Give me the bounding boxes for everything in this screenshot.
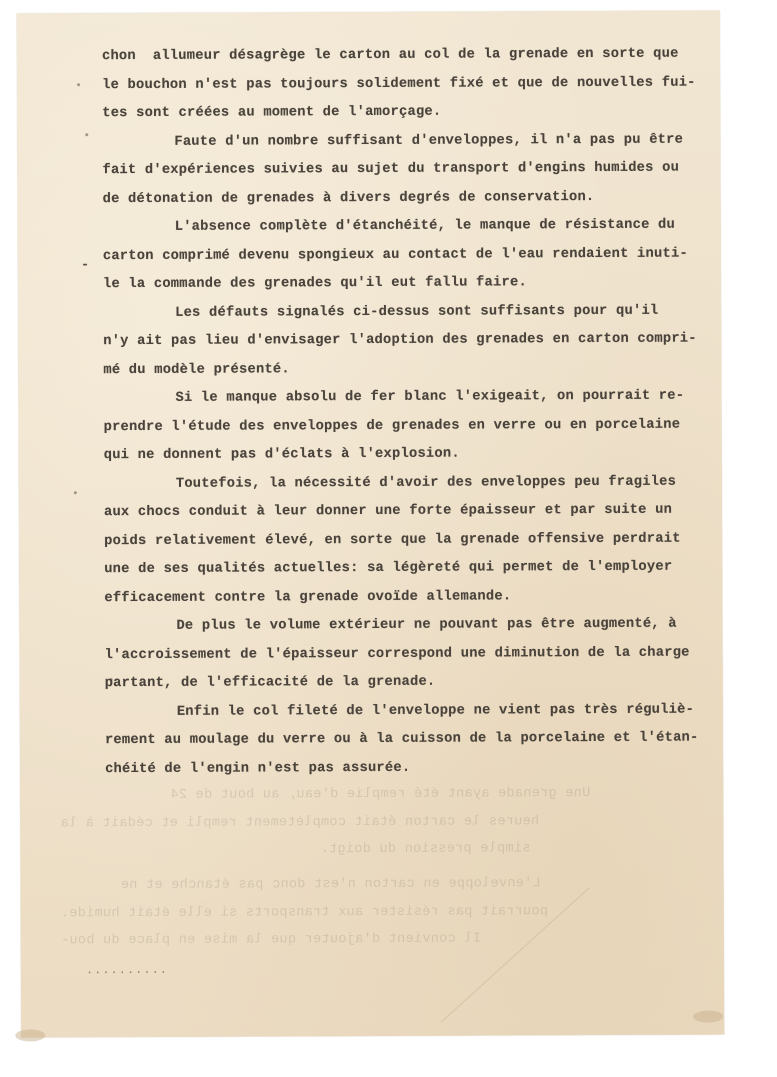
text-line: chon allumeur désagrège le carton au col… [102,41,702,72]
margin-dash-mark: - [81,257,89,273]
text-line: une de ses qualités actuelles: sa légère… [104,554,704,585]
corner-wear [693,1010,723,1022]
text-line: partant, de l'efficacité de la grenade. [105,668,705,699]
text-line: chéité de l'engin n'est pas assurée. [105,753,705,784]
text-line: Toutefois, la nécessité d'avoir des enve… [104,468,704,499]
text-line: efficacement contre la grenade ovoïde al… [104,582,704,613]
paragraph-1: chon allumeur désagrège le carton au col… [102,41,702,129]
text-line: Enfin le col fileté de l'enveloppe ne vi… [105,696,705,727]
text-line: poids relativement élevé, en sorte que l… [104,525,704,556]
paragraph-3: L'absence complète d'étanchéité, le manq… [103,212,703,300]
closing-dotted-line: .......... [86,963,168,977]
margin-dot [77,83,80,86]
paper-crease [441,887,590,1022]
margin-dot [85,133,88,136]
bleed-line: L'enveloppe en carton n'est donc pas éta… [121,876,541,893]
text-line: de détonation de grenades à divers degré… [103,183,703,214]
text-line: De plus le volume extérieur ne pouvant p… [104,611,704,642]
paragraph-8: Enfin le col fileté de l'enveloppe ne vi… [105,696,705,784]
text-line: le la commande des grenades qu'il eut fa… [103,269,703,300]
text-line: mé du modèle présenté. [103,354,703,385]
paragraph-7: De plus le volume extérieur ne pouvant p… [104,611,704,699]
bleed-line: pourrait pas résister aux transports si … [61,904,548,921]
text-line: qui ne donnent pas d'éclats à l'explosio… [104,440,704,471]
bleed-line: heures le carton était complètement remp… [60,814,539,831]
bleed-line: Il convient d'ajouter que la mise en pla… [61,932,481,949]
document-page: Une grenade ayant été remplie d'eau, au … [17,10,724,1037]
text-line: tes sont créées au moment de l'amorçage. [102,98,702,129]
text-line: fait d'expériences suivies au sujet du t… [102,155,702,186]
text-line: prendre l'étude des enveloppes de grenad… [104,411,704,442]
paragraph-5: Si le manque absolu de fer blanc l'exige… [103,383,703,471]
typed-body: chon allumeur désagrège le carton au col… [102,41,705,785]
text-line: Les défauts signalés ci-dessus sont suff… [103,297,703,328]
text-line: le bouchon n'est pas toujours solidement… [102,69,702,100]
text-line: n'y ait pas lieu d'envisager l'adoption … [103,326,703,357]
text-line: l'accroissement de l'épaisseur correspon… [105,639,705,670]
text-line: L'absence complète d'étanchéité, le manq… [103,212,703,243]
text-line: rement au moulage du verre ou à la cuiss… [105,725,705,756]
bleed-line: simple pression du doigt. [320,841,530,857]
paragraph-6: Toutefois, la nécessité d'avoir des enve… [104,468,705,613]
text-line: carton comprimé devenu spongieux au cont… [103,240,703,271]
paragraph-4: Les défauts signalés ci-dessus sont suff… [103,297,703,385]
text-line: Si le manque absolu de fer blanc l'exige… [103,383,703,414]
text-line: aux chocs conduit à leur donner une fort… [104,497,704,528]
bleed-line: Une grenade ayant été remplie d'eau, au … [170,786,590,803]
margin-dot [74,491,77,494]
paragraph-2: Faute d'un nombre suffisant d'enveloppes… [102,126,702,214]
corner-wear [15,1029,45,1041]
text-line: Faute d'un nombre suffisant d'enveloppes… [102,126,702,157]
